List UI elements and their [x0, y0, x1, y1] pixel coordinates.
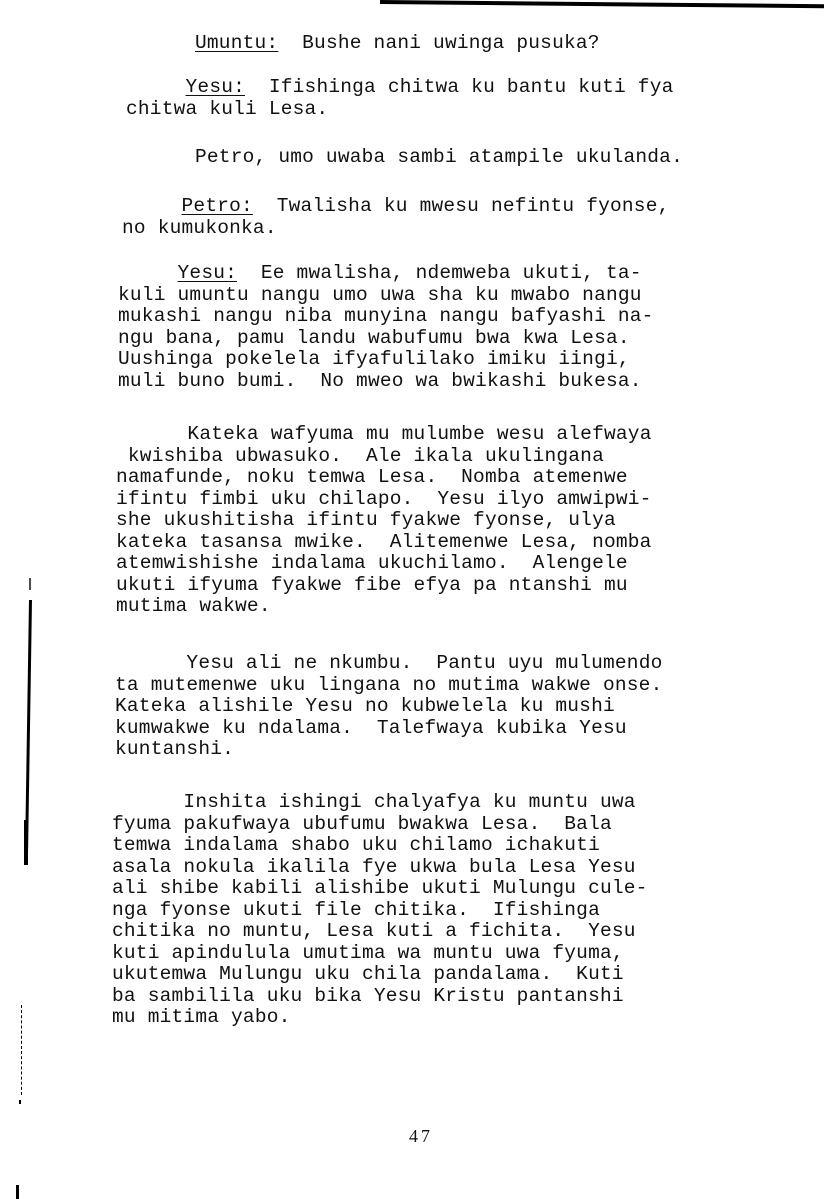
text-line: ali shibe kabili alishibe ukuti Mulungu … — [112, 878, 648, 900]
text-line: atemwishishe indalama ukuchilamo. Alenge… — [116, 553, 652, 575]
text-line: kuntanshi. — [115, 739, 663, 761]
narration-paragraph: Kateka wafyuma mu mulumbe wesu alefwaya … — [116, 424, 652, 618]
text-line: Inshita ishingi chalyafya ku muntu uwa — [112, 792, 648, 814]
text-line: Petro, umo uwaba sambi atampile ukulanda… — [195, 147, 683, 169]
scan-margin-mark — [19, 1100, 21, 1104]
scan-margin-mark — [25, 600, 32, 850]
text-line: ifintu fimbi uku chilapo. Yesu ilyo amwi… — [116, 489, 652, 511]
dialogue-paragraph: Petro: Twalisha ku mwesu nefintu fyonse,… — [122, 196, 670, 239]
text-line: muli buno bumi. No mweo wa bwikashi buke… — [118, 371, 654, 393]
dialogue-paragraph: Yesu: Ifishinga chitwa ku bantu kuti fya… — [126, 77, 674, 120]
text-line: Yesu: Ee mwalisha, ndemweba ukuti, ta- — [118, 263, 654, 285]
text-line: kateka tasansa mwike. Alitemenwe Lesa, n… — [116, 532, 652, 554]
text-line: mutima wakwe. — [116, 596, 652, 618]
text-line: kumwakwe ku ndalama. Talefwaya kubika Ye… — [115, 718, 663, 740]
text-line: mu mitima yabo. — [112, 1007, 648, 1029]
text-line: asala nokula ikalila fye ukwa bula Lesa … — [112, 857, 648, 879]
page-number: 47 — [409, 1126, 433, 1147]
text-line: ukutemwa Mulungu uku chila pandalama. Ku… — [112, 964, 648, 986]
narration-paragraph: Yesu ali ne nkumbu. Pantu uyu mulumendot… — [115, 653, 663, 761]
speaker-label: Umuntu: — [195, 32, 278, 54]
text-line: Kateka wafyuma mu mulumbe wesu alefwaya — [116, 424, 652, 446]
scan-top-rule — [380, 0, 824, 8]
narration-paragraph: Inshita ishingi chalyafya ku muntu uwafy… — [112, 792, 648, 1029]
text-line: kuli umuntu nangu umo uwa sha ku mwabo n… — [118, 285, 654, 307]
text-line: kwishiba ubwasuko. Ale ikala ukulingana — [116, 446, 652, 468]
speaker-label: Yesu: — [178, 262, 238, 284]
text-line: she ukushitisha ifintu fyakwe fyonse, ul… — [116, 510, 652, 532]
narration-paragraph: Petro, umo uwaba sambi atampile ukulanda… — [195, 147, 683, 169]
text-line: Petro: Twalisha ku mwesu nefintu fyonse, — [122, 196, 670, 218]
scan-margin-mark — [29, 578, 31, 590]
text-line: ta mutemenwe uku lingana no mutima wakwe… — [115, 675, 663, 697]
scan-margin-mark — [16, 1185, 19, 1199]
speaker-label: Petro: — [182, 195, 253, 217]
text-line: Kateka alishile Yesu no kubwelela ku mus… — [115, 696, 663, 718]
text-line: mukashi nangu niba munyina nangu bafyash… — [118, 306, 654, 328]
text-line: kuti apindulula umutima wa muntu uwa fyu… — [112, 943, 648, 965]
scan-margin-mark — [21, 1005, 23, 1095]
text-line: Yesu: Ifishinga chitwa ku bantu kuti fya — [126, 77, 674, 99]
text-line: no kumukonka. — [122, 218, 670, 240]
text-line: Uushinga pokelela ifyafulilako imiku iin… — [118, 349, 654, 371]
text-line: ngu bana, pamu landu wabufumu bwa kwa Le… — [118, 328, 654, 350]
text-line: chitwa kuli Lesa. — [126, 99, 674, 121]
text-line: chitika no muntu, Lesa kuti a fichita. Y… — [112, 921, 648, 943]
text-line: nga fyonse ukuti file chitika. Ifishinga — [112, 900, 648, 922]
speaker-label: Yesu: — [186, 76, 246, 98]
text-line: namafunde, noku temwa Lesa. Nomba atemen… — [116, 467, 652, 489]
text-line: temwa indalama shabo uku chilamo ichakut… — [112, 835, 648, 857]
text-line: ukuti ifyuma fyakwe fibe efya pa ntanshi… — [116, 575, 652, 597]
text-line: Umuntu: Bushe nani uwinga pusuka? — [195, 33, 600, 55]
dialogue-paragraph: Umuntu: Bushe nani uwinga pusuka? — [195, 33, 600, 55]
text-line: ba sambilila uku bika Yesu Kristu pantan… — [112, 986, 648, 1008]
text-line: Yesu ali ne nkumbu. Pantu uyu mulumendo — [115, 653, 663, 675]
text-line: fyuma pakufwaya ubufumu bwakwa Lesa. Bal… — [112, 814, 648, 836]
dialogue-paragraph: Yesu: Ee mwalisha, ndemweba ukuti, ta-ku… — [118, 263, 654, 392]
scan-margin-mark — [24, 820, 28, 865]
